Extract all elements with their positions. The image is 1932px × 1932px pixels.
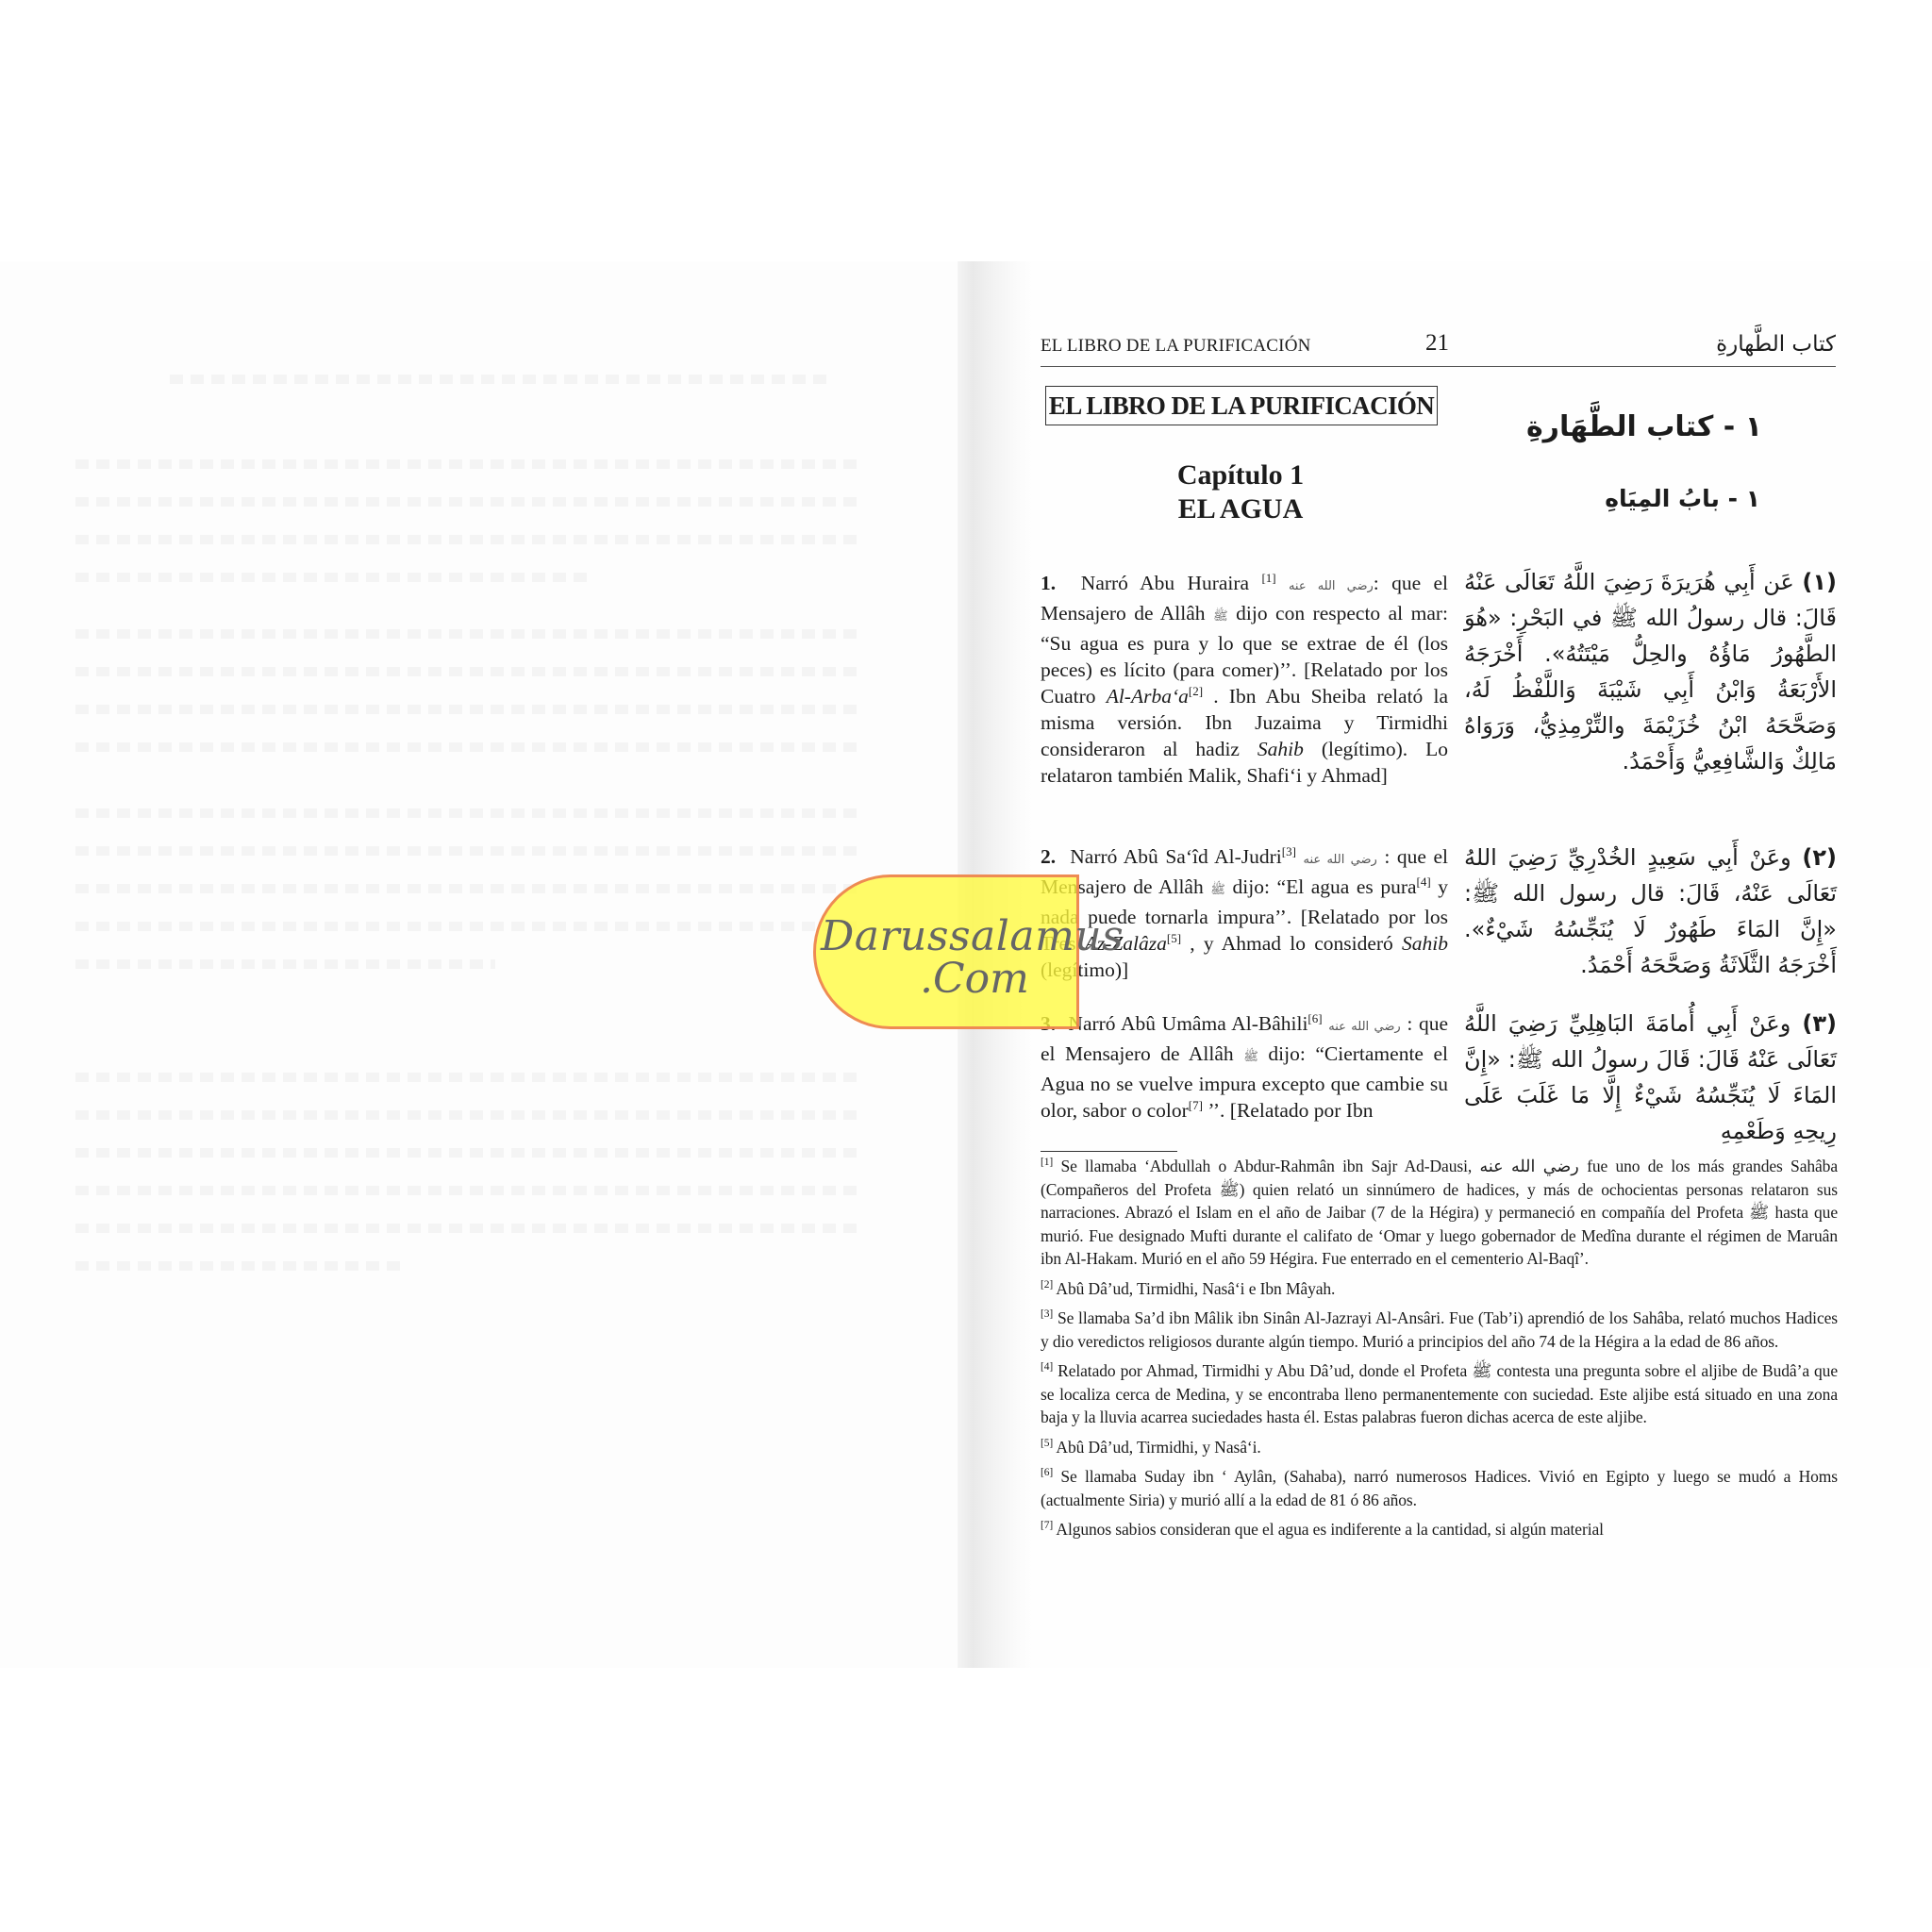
footnote-ref[interactable]: [4] [1417, 874, 1431, 889]
hadith-ar-3: (٣) وعَنْ أَبِي أُمامَةَ البَاهِلِيِّ رَ… [1464, 1006, 1837, 1149]
hadith-text: dijo: “El agua es pura [1225, 875, 1417, 898]
arabic-book-heading: ١ - كتاب الطَّهَارةِ [1526, 410, 1762, 443]
footnote-marker: [4] [1041, 1361, 1053, 1373]
footnotes: [1] Se llamaba ‘Abdullah o Abdur-Rahmân … [1041, 1155, 1838, 1548]
hadith-ar-1: (١) عَن أَبِي هُرَيرَةَ رَضِيَ اللَّهُ ت… [1464, 564, 1837, 779]
hadith-es-3: 3. Narró Abû Umâma Al-Bâhili[6] رضي الله… [1041, 1010, 1448, 1124]
show-through-text [75, 497, 863, 507]
show-through-text [75, 573, 590, 582]
footnote-3: [3] Se llamaba Sa’d ibn Mâlik ibn Sinân … [1041, 1307, 1838, 1353]
footnote-ref[interactable]: [3] [1282, 844, 1296, 858]
show-through-text [75, 1186, 863, 1195]
footnote-divider [1041, 1151, 1177, 1152]
footnote-ref[interactable]: [7] [1189, 1098, 1203, 1112]
footnote-text: Abû Dâ’ud, Tirmidhi, y Nasâ‘i. [1056, 1438, 1260, 1457]
chapter-label: Capítulo 1 [1045, 458, 1436, 492]
hadith-text: Sahib [1402, 932, 1448, 955]
show-through-text [75, 1110, 863, 1120]
show-through-text [75, 705, 863, 714]
show-through-text [75, 1261, 401, 1271]
show-through-text [170, 375, 830, 384]
hadith-text: ’’. [Relatado por Ibn [1203, 1099, 1374, 1122]
hadith-number: 2. [1041, 845, 1056, 868]
footnote-marker: [7] [1041, 1520, 1053, 1531]
footnote-text: Se llamaba ‘Abdullah o Abdur-Rahmân ibn … [1041, 1157, 1838, 1268]
footnote-1: [1] Se llamaba ‘Abdullah o Abdur-Rahmân … [1041, 1155, 1838, 1271]
footnote-text: Relatado por Ahmad, Tirmidhi y Abu Dâ’ud… [1041, 1361, 1838, 1426]
salawat-icon: ﷺ [1213, 609, 1228, 624]
watermark-domain: .Com [920, 955, 1029, 1003]
footnote-marker: [3] [1041, 1308, 1053, 1320]
hadith-text: Narró Abu Huraira [1081, 572, 1262, 594]
footnote-text: Se llamaba Sa’d ibn Mâlik ibn Sinân Al-J… [1041, 1308, 1838, 1351]
hadith-es-1: 1. Narró Abu Huraira [1] رضي الله عنه: q… [1041, 570, 1448, 789]
chapter-title: EL AGUA [1045, 492, 1436, 526]
watermark-text: Darussalamus [821, 912, 1124, 960]
hadith-text: Sahib [1257, 738, 1304, 760]
show-through-text [75, 1224, 863, 1233]
footnote-6: [6] Se llamaba Suday ibn ‘ Aylân, (Sahab… [1041, 1465, 1838, 1511]
show-through-text [75, 884, 863, 893]
footnote-marker: [2] [1041, 1279, 1053, 1291]
show-through-text [75, 922, 863, 931]
show-through-text [75, 535, 863, 544]
show-through-text [75, 459, 863, 469]
footnote-marker: [6] [1041, 1467, 1053, 1478]
footnote-marker: [1] [1041, 1157, 1053, 1168]
radiallahu-anhu-icon: رضي الله عنه [1304, 853, 1377, 867]
show-through-text [75, 1148, 863, 1158]
footnote-5: [5] Abû Dâ’ud, Tirmidhi, y Nasâ‘i. [1041, 1436, 1838, 1459]
hadith-text: , y Ahmad lo consideró [1181, 932, 1402, 955]
footnote-text: Se llamaba Suday ibn ‘ Aylân, (Sahaba), … [1041, 1467, 1838, 1509]
show-through-text [75, 846, 863, 856]
hadith-text [1276, 572, 1289, 594]
hadith-text: وعَنْ أَبِي أُمامَةَ البَاهِلِيِّ رَضِيَ… [1464, 1010, 1837, 1144]
running-head-title: EL LIBRO DE LA PURIFICACIÓN [1041, 336, 1311, 357]
hadith-text [1296, 845, 1304, 868]
hadith-text: Narró Abû Umâma Al-Bâhili [1068, 1012, 1307, 1035]
hadith-text: وعَنْ أَبِي سَعِيدٍ الخُدْرِيِّ رَضِيَ ا… [1464, 844, 1837, 978]
book-title-box: EL LIBRO DE LA PURIFICACIÓN [1045, 386, 1438, 425]
footnote-text: Abû Dâ’ud, Tirmidhi, Nasâ‘i e Ibn Mâyah. [1056, 1279, 1335, 1298]
footnote-7: [7] Algunos sabios consideran que el agu… [1041, 1518, 1838, 1541]
hadith-text: عَن أَبِي هُرَيرَةَ رَضِيَ اللَّهُ تَعَا… [1464, 569, 1837, 774]
show-through-text [75, 959, 495, 969]
salawat-icon: ﷺ [1210, 883, 1225, 897]
footnote-2: [2] Abû Dâ’ud, Tirmidhi, Nasâ‘i e Ibn Mâ… [1041, 1277, 1838, 1301]
hadith-number: (٢) [1802, 844, 1837, 871]
show-through-text [75, 667, 863, 676]
radiallahu-anhu-icon: رضي الله عنه [1289, 579, 1374, 593]
hadith-ar-2: (٢) وعَنْ أَبِي سَعِيدٍ الخُدْرِيِّ رَضِ… [1464, 840, 1837, 983]
show-through-text [75, 808, 863, 818]
arabic-chapter-heading: ١ - بابُ المِيَاهِ [1605, 485, 1760, 512]
show-through-text [75, 1073, 863, 1082]
show-through-text [75, 629, 863, 639]
hadith-number: (٣) [1802, 1010, 1837, 1037]
running-head-arabic: كتاب الطَّهارةِ [1716, 332, 1836, 357]
hadith-text: Narró Abû Sa‘îd Al-Judri [1070, 845, 1282, 868]
footnote-ref[interactable]: [6] [1307, 1011, 1322, 1025]
show-through-text [75, 742, 863, 752]
footnote-marker: [5] [1041, 1438, 1053, 1449]
radiallahu-anhu-icon: رضي الله عنه [1328, 1020, 1400, 1034]
hadith-number: (١) [1802, 569, 1837, 595]
footnote-text: Algunos sabios consideran que el agua es… [1056, 1520, 1603, 1539]
footnote-ref[interactable]: [2] [1189, 684, 1203, 698]
hadith-text: Al-Arba‘a [1107, 685, 1189, 708]
footnote-ref[interactable]: [1] [1261, 571, 1275, 585]
chapter-heading: Capítulo 1 EL AGUA [1045, 458, 1436, 526]
footnote-4: [4] Relatado por Ahmad, Tirmidhi y Abu D… [1041, 1359, 1838, 1429]
salawat-icon: ﷺ [1243, 1050, 1258, 1064]
running-head: EL LIBRO DE LA PURIFICACIÓN 21 كتاب الطَ… [1041, 334, 1836, 367]
hadith-number: 1. [1041, 572, 1056, 594]
page-number: 21 [1425, 330, 1449, 357]
footnote-ref[interactable]: [5] [1167, 931, 1181, 945]
